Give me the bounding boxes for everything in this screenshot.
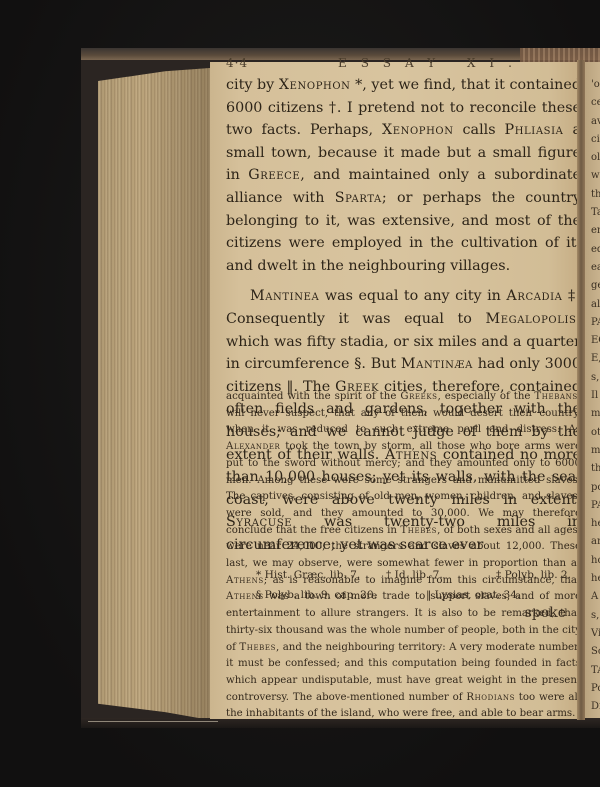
facing-page-text: 'ofceaveciroluwtheTaenedeageallPAECE,s,I… [585,76,600,718]
name-mantinaea: Mantinæa [401,356,473,372]
text-run: was equal to any city in [319,288,506,304]
footnote-continuation: acquainted with the spirit of the Greeks… [226,389,581,723]
name-phliasia: Phliasia [505,122,564,138]
facing-page-fragment: PA [588,497,600,515]
facing-page-fragment: Il [588,387,600,405]
facing-page-fragment: olu [588,149,600,167]
facing-page-fragment: ge [588,277,600,295]
footnote-references: * Hist. Græc. lib. 7. † Id. lib. 7. ‡ Po… [226,565,581,605]
reference-row: * Hist. Græc. lib. 7. † Id. lib. 7. ‡ Po… [226,565,581,585]
facing-page-fragment: E, [588,350,600,368]
name-greece: Greece [248,167,300,183]
facing-page-fragment: en [588,222,600,240]
text-run: , especially of the [438,391,535,402]
facing-page-fragment: PA [588,314,600,332]
facing-page-fragment: he [588,570,600,588]
gutter-fold [577,60,585,720]
facing-page-fragment: EC [588,332,600,350]
book-page: 4·4 ESSAY XI. city by Xenophon *, yet we… [210,62,578,719]
name-mantinea: Mantinea [250,288,319,304]
reference-star: * Hist. Græc. lib. 7. [226,565,386,585]
name-alexander: Alexander [226,441,280,452]
name-xenophon: Xenophon [279,77,351,93]
facing-page-fragment: an [588,533,600,551]
facing-page-fragment: Sc [588,643,600,661]
name-greeks: Greeks [400,391,437,402]
running-head: 4·4 ESSAY XI. [226,56,566,70]
name-sparta: Sparta [335,190,382,206]
facing-page-fragment: ed [588,241,600,259]
facing-page-fragment: mu [588,442,600,460]
text-run: calls [454,122,505,138]
cover-edge-line [88,721,218,722]
facing-page-fragment: Ta [588,204,600,222]
facing-page-fragment: cir [588,131,600,149]
facing-page-fragment: s, [588,369,600,387]
text-run: acquainted with the spirit of the [226,391,400,402]
text-run: took the town by storm, all those who bo… [226,441,581,536]
facing-page-edge: 'ofceaveciroluwtheTaenedeageallPAECE,s,I… [585,62,600,718]
reference-section: § Polyb. lib. 9. cap. 20. [226,585,426,605]
facing-page-fragment: ho [588,552,600,570]
facing-page-fragment: Po [588,680,600,698]
name-megalopolis: Megalopolis [485,311,576,327]
facing-page-fragment: the [588,186,600,204]
text-run: city by [226,77,279,93]
name-thebes: Thebes [239,642,276,653]
facing-page-fragment: ce [588,94,600,112]
name-thebans: Thebans [534,391,577,402]
facing-page-fragment: TA [588,662,600,680]
facing-page-fragment: m [588,405,600,423]
facing-page-fragment: Ty [588,716,600,718]
name-rhodians: Rhodians [466,692,515,703]
facing-page-fragment: ot [588,424,600,442]
facing-page-fragment: 'of [588,76,600,94]
facing-page-fragment: th [588,460,600,478]
page-stack-shadow [98,68,210,720]
facing-page-fragment: A [588,588,600,606]
reference-double-dagger: ‡ Polyb. lib. 2. [496,565,571,585]
facing-page-fragment: Di [588,698,600,716]
running-title: ESSAY XI. [338,56,526,70]
facing-page-fragment: ave [588,113,600,131]
name-arcadia: Arcadia [506,288,562,304]
reference-parallel: ‖ Lysias, orat. 34. [426,585,520,605]
facing-page-fragment: s, [588,607,600,625]
facing-page-fragment: w [588,167,600,185]
facing-page-fragment: he [588,515,600,533]
reference-dagger: † Id. lib. 7. [386,565,496,585]
catchword: spoke [525,605,566,621]
facing-page-fragment: po [588,479,600,497]
name-thebes: Thebes [400,525,437,536]
paragraph-1: city by Xenophon *, yet we find, that it… [226,74,581,277]
page-number: 4·4 [226,56,248,70]
facing-page-fragment: Vi [588,625,600,643]
facing-page-fragment: all [588,296,600,314]
reference-row: § Polyb. lib. 9. cap. 20. ‖ Lysias, orat… [226,585,581,605]
facing-page-fragment: ea [588,259,600,277]
name-xenophon: Xenophon [382,122,454,138]
